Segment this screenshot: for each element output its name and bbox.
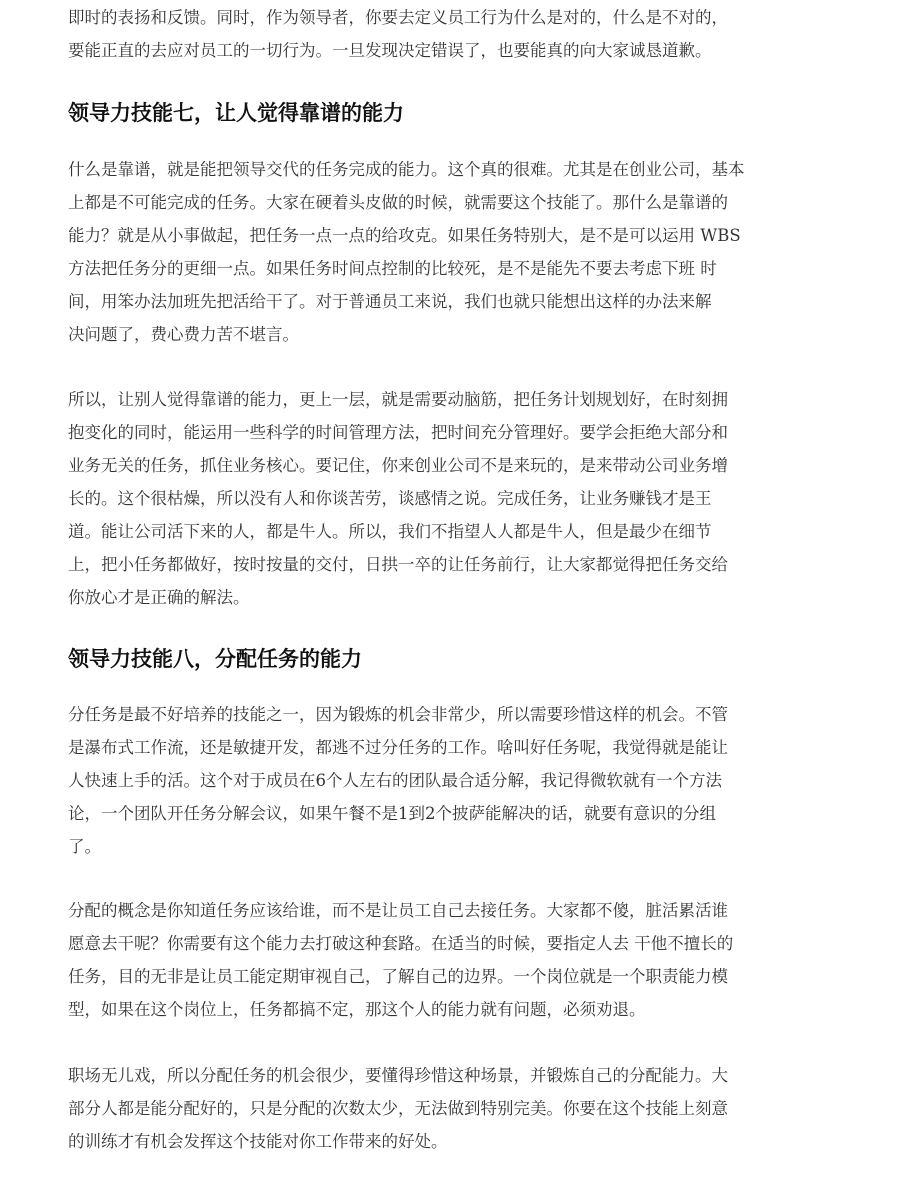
text-line: 的训练才有机会发挥这个技能对你工作带来的好处。 <box>68 1125 728 1158</box>
text-line: 型，如果在这个岗位上，任务都搞不定，那这个人的能力就有问题，必须劝退。 <box>68 993 733 1026</box>
paragraph-praise-feedback: 即时的表扬和反馈。同时，作为领导者，你要去定义员工行为什么是对的，什么是不对的，… <box>68 1 728 67</box>
text-line: 上，把小任务都做好，按时按量的交付，日拱一卒的让任务前行，让大家都觉得把任务交给 <box>68 548 728 581</box>
text-line: 上都是不可能完成的任务。大家在硬着头皮做的时候，就需要这个技能了。那什么是靠谱的 <box>68 186 745 219</box>
text-line: 分配的概念是你知道任务应该给谁，而不是让员工自己去接任务。大家都不傻，脏活累活谁 <box>68 894 733 927</box>
text-line: 什么是靠谱，就是能把领导交代的任务完成的能力。这个真的很难。尤其是在创业公司，基… <box>68 153 745 186</box>
paragraph-assignment-practice: 职场无儿戏，所以分配任务的机会很少，要懂得珍惜这种场景，并锻炼自己的分配能力。大… <box>68 1059 728 1158</box>
paragraph-assignment-concept: 分配的概念是你知道任务应该给谁，而不是让员工自己去接任务。大家都不傻，脏活累活谁… <box>68 894 733 1026</box>
section-heading-skill-8: 领导力技能八，分配任务的能力 <box>68 644 362 674</box>
text-line: 分任务是最不好培养的技能之一，因为锻炼的机会非常少，所以需要珍惜这样的机会。不管 <box>68 698 728 731</box>
text-line: 长的。这个很枯燥，所以没有人和你谈苦劳，谈感情之说。完成任务，让业务赚钱才是王 <box>68 482 728 515</box>
text-line: 所以，让别人觉得靠谱的能力，更上一层，就是需要动脑筋，把任务计划规划好，在时刻拥 <box>68 383 728 416</box>
text-line: 你放心才是正确的解法。 <box>68 581 728 614</box>
text-line: 了。 <box>68 830 728 863</box>
text-line: 要能正直的去应对员工的一切行为。一旦发现决定错误了，也要能真的向大家诚恳道歉。 <box>68 34 728 67</box>
paragraph-task-breakdown: 分任务是最不好培养的技能之一，因为锻炼的机会非常少，所以需要珍惜这样的机会。不管… <box>68 698 728 863</box>
text-line: 能力？就是从小事做起，把任务一点一点的给攻克。如果任务特别大，是不是可以运用 W… <box>68 219 745 252</box>
section-heading-skill-7: 领导力技能七，让人觉得靠谱的能力 <box>68 98 404 128</box>
text-line: 愿意去干呢？你需要有这个能力去打破这种套路。在适当的时候，要指定人去 干他不擅长… <box>68 927 733 960</box>
text-line: 部分人都是能分配好的，只是分配的次数太少，无法做到特别完美。你要在这个技能上刻意 <box>68 1092 728 1125</box>
text-line: 道。能让公司活下来的人，都是牛人。所以，我们不指望人人都是牛人，但是最少在细节 <box>68 515 728 548</box>
text-line: 是瀑布式工作流，还是敏捷开发，都逃不过分任务的工作。啥叫好任务呢，我觉得就是能让 <box>68 731 728 764</box>
text-line: 论，一个团队开任务分解会议，如果午餐不是1到2个披萨能解决的话，就要有意识的分组 <box>68 797 728 830</box>
text-line: 间，用笨办法加班先把活给干了。对于普通员工来说，我们也就只能想出这样的办法来解 <box>68 285 745 318</box>
text-line: 任务，目的无非是让员工能定期审视自己，了解自己的边界。一个岗位就是一个职责能力模 <box>68 960 733 993</box>
text-line: 人快速上手的活。这个对于成员在6个人左右的团队最合适分解，我记得微软就有一个方法 <box>68 764 728 797</box>
text-line: 业务无关的任务，抓住业务核心。要记住，你来创业公司不是来玩的，是来带动公司业务增 <box>68 449 728 482</box>
paragraph-reliability-definition: 什么是靠谱，就是能把领导交代的任务完成的能力。这个真的很难。尤其是在创业公司，基… <box>68 153 745 351</box>
text-line: 抱变化的同时，能运用一些科学的时间管理方法，把时间充分管理好。要学会拒绝大部分和 <box>68 416 728 449</box>
paragraph-reliability-advanced: 所以，让别人觉得靠谱的能力，更上一层，就是需要动脑筋，把任务计划规划好，在时刻拥… <box>68 383 728 614</box>
text-line: 决问题了，费心费力苦不堪言。 <box>68 318 745 351</box>
text-line: 即时的表扬和反馈。同时，作为领导者，你要去定义员工行为什么是对的，什么是不对的， <box>68 1 728 34</box>
text-line: 职场无儿戏，所以分配任务的机会很少，要懂得珍惜这种场景，并锻炼自己的分配能力。大 <box>68 1059 728 1092</box>
text-line: 方法把任务分的更细一点。如果任务时间点控制的比较死，是不是能先不要去考虑下班 时 <box>68 252 745 285</box>
